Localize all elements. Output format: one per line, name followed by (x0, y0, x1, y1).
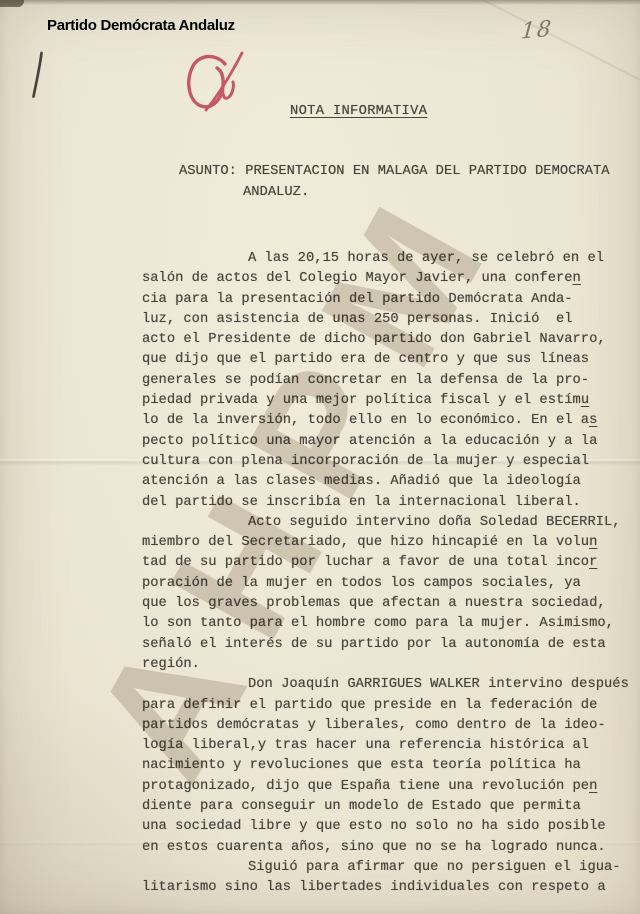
body-line: nacimiento y revoluciones que esta teorí… (142, 756, 628, 776)
body-line: cia para la presentación del partido Dem… (142, 290, 628, 310)
body-line: cultura con plena incorporación de la mu… (142, 452, 628, 472)
body-line: para definir el partido que preside en l… (142, 696, 628, 716)
body-line: lo son tanto para el hombre como para la… (142, 614, 628, 634)
body-line: A las 20,15 horas de ayer, se celebró en… (142, 249, 628, 269)
body-line: generales se podían concretar en la defe… (142, 371, 628, 391)
subject-line-2: ANDALUZ. (243, 185, 309, 200)
margin-stroke-mark (34, 53, 42, 97)
body-line: Siguió para afirmar que no persiguen el … (142, 858, 628, 878)
body-line: región. (142, 655, 628, 675)
body-line: poración de la mujer en todos los campos… (142, 574, 628, 594)
body-line: una sociedad libre y que esto no solo no… (142, 817, 628, 837)
body-line: piedad privada y una mejor política fisc… (142, 391, 628, 411)
body-line: miembro del Secretariado, que hizo hinca… (142, 533, 628, 553)
paper-corner-crease (469, 0, 640, 98)
body-line: salón de actos del Colegio Mayor Javier,… (142, 269, 628, 289)
body-line: litarismo sino las libertades individual… (142, 878, 628, 898)
body-line: del partido se inscribía en la internaci… (142, 493, 628, 513)
body-line: lo de la inversión, todo ello en lo econ… (142, 411, 628, 431)
body-line: acto el Presidente de dicho partido don … (142, 330, 628, 350)
page-number-handwritten: 18 (520, 16, 554, 44)
body-line: luz, con asistencia de unas 250 personas… (142, 310, 628, 330)
document-title: NOTA INFORMATIVA (290, 104, 427, 119)
body-line: en estos cuarenta años, sino que no se h… (142, 838, 628, 858)
body-line: señaló el interés de su partido por la a… (142, 635, 628, 655)
body-line: diente para conseguir un modelo de Estad… (142, 797, 628, 817)
scanned-document-page: AHPM Partido Demócrata Andaluz 18 NOTA I… (0, 0, 640, 914)
scan-top-edge (0, 0, 640, 5)
body-line: protagonizado, dijo que España tiene una… (142, 777, 628, 797)
body-line: atención a las clases medias. Añadió que… (142, 472, 628, 492)
body-line: que los graves problemas que afectan a n… (142, 594, 628, 614)
body-line: Don Joaquín GARRIGUES WALKER intervino d… (142, 675, 628, 695)
body-line: Acto seguido intervino doña Soledad BECE… (142, 513, 628, 533)
document-body: A las 20,15 horas de ayer, se celebró en… (142, 249, 628, 899)
body-line: tad de su partido por luchar a favor de … (142, 553, 628, 573)
body-line: partidos demócratas y liberales, como de… (142, 716, 628, 736)
scan-corner-shadow (0, 0, 24, 7)
red-initials-mark (189, 53, 242, 110)
body-line: pecto político una mayor atención a la e… (142, 432, 628, 452)
collection-label: Partido Demócrata Andaluz (47, 17, 235, 34)
subject-line-1: ASUNTO: PRESENTACION EN MALAGA DEL PARTI… (179, 164, 610, 179)
body-line: logía liberal,y tras hacer una referenci… (142, 736, 628, 756)
body-line: que dijo que el partido era de centro y … (142, 350, 628, 370)
